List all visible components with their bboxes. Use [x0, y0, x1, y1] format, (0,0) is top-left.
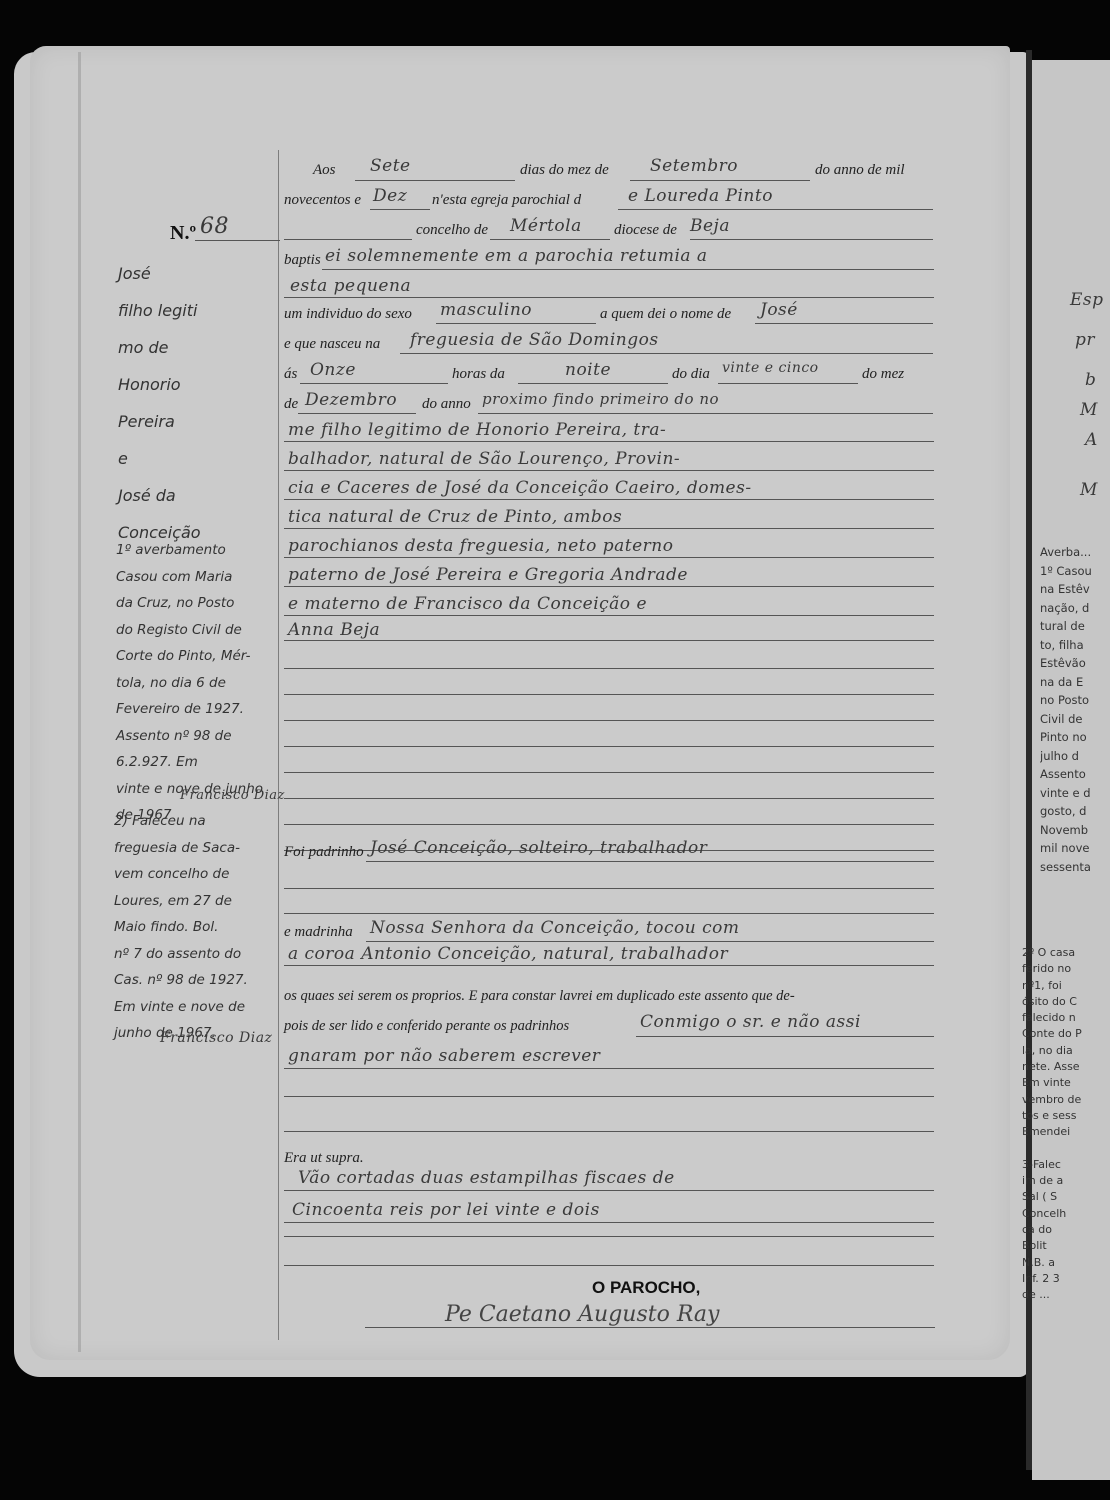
margin-signature-2: Francisco Diaz [160, 1030, 272, 1046]
form-text: do mez [862, 366, 904, 383]
rule-line [366, 941, 934, 942]
rule-line [400, 353, 933, 354]
godmother-line: Nossa Senhora da Conceição, tocou com [370, 918, 739, 938]
rule-line [284, 798, 934, 799]
margin-signature-1: Francisco Diaz [180, 788, 285, 803]
form-text: diocese de [614, 222, 677, 239]
form-text: Aos [313, 162, 336, 179]
right-fragment-word: pr [1075, 330, 1095, 350]
baptism-day: Sete [370, 156, 411, 176]
rule-line [284, 668, 934, 669]
rule-line [630, 180, 810, 181]
rule-line [284, 746, 934, 747]
parish-name: e Loureda Pinto [628, 186, 773, 206]
rule-line [284, 720, 934, 721]
right-fragment-word: Esp [1070, 290, 1104, 310]
birth-period: noite [565, 360, 611, 380]
parocho-signature: Pe Caetano Augusto Ray [445, 1302, 719, 1327]
right-fragment-word: M [1080, 480, 1098, 500]
form-text: um individuo do sexo [284, 306, 412, 323]
era-note: Vão cortadas duas estampilhas fiscaes de [298, 1168, 675, 1188]
rule-line [436, 323, 596, 324]
rule-line [284, 913, 934, 914]
narrative-line: parochianos desta freguesia, neto patern… [288, 536, 673, 556]
form-text: do dia [672, 366, 710, 383]
rule-line [298, 413, 416, 414]
form-text: ás [284, 366, 297, 383]
rule-line [478, 413, 933, 414]
parocho-label: O PAROCHO, [592, 1278, 700, 1298]
birth-year: proximo findo primeiro do no [482, 390, 719, 408]
form-text: concelho de [416, 222, 488, 239]
rule-line [284, 441, 934, 442]
form-text: horas da [452, 366, 505, 383]
rule-line [284, 1190, 934, 1191]
birth-hour: Onze [310, 360, 356, 380]
rule-line [366, 861, 934, 862]
narrative-line: cia e Caceres de José da Conceição Caeir… [288, 478, 752, 498]
rule-line [284, 640, 934, 641]
era-label: Era ut supra. [284, 1150, 364, 1167]
baptism-year: Dez [373, 186, 407, 206]
baptism-text: esta pequena [290, 276, 411, 296]
rule-line [284, 615, 934, 616]
rule-line [284, 1222, 934, 1223]
margin-child-note: José filho legiti mo de Honorio Pereira … [118, 255, 201, 551]
form-text: do anno [422, 396, 471, 413]
godfather-label: Foi padrinho [284, 844, 364, 861]
rule-line [284, 1068, 934, 1069]
margin-annotation-1: 1º averbamento Casou com Maria da Cruz, … [116, 537, 263, 829]
rule-line [370, 209, 430, 210]
record-number-line [195, 240, 280, 241]
rule-line [284, 586, 934, 587]
closing-hand: gnaram por não saberem escrever [288, 1046, 600, 1066]
rule-line [718, 383, 858, 384]
rule-line [284, 1096, 934, 1097]
closing-text: os quaes sei serem os proprios. E para c… [284, 988, 795, 1005]
child-name: José [760, 300, 798, 320]
birth-day: vinte e cinco [722, 360, 819, 376]
godmother-label: e madrinha [284, 924, 353, 941]
rule-line [284, 1265, 934, 1266]
form-text: a quem dei o nome de [600, 306, 731, 323]
birthplace: freguesia de São Domingos [410, 330, 659, 350]
right-fragment-notes-2: 2º O casa ferido no nº1, foi ósito do C … [1022, 945, 1110, 1304]
rule-line [322, 269, 934, 270]
baptism-text: ei solemnemente em a parochia retumia a [325, 246, 708, 266]
rule-line [284, 1236, 934, 1237]
rule-line [755, 323, 933, 324]
baptism-month: Setembro [650, 156, 738, 176]
right-fragment-notes: Averba... 1º Casou na Estêv nação, d tur… [1040, 543, 1110, 876]
rule-line [284, 528, 934, 529]
birth-month: Dezembro [305, 390, 397, 410]
godfather-name: José Conceição, solteiro, trabalhador [370, 838, 707, 858]
margin-annotation-2: 2) Faleceu na freguesia de Saca- vem con… [114, 808, 248, 1047]
child-sex: masculino [440, 300, 532, 320]
narrative-line: paterno de José Pereira e Gregoria Andra… [288, 565, 688, 585]
rule-line [490, 239, 610, 240]
rule-line [284, 1131, 934, 1132]
record-number-label: N.º [170, 222, 196, 245]
rule-line [284, 888, 934, 889]
closing-text: pois de ser lido e conferido perante os … [284, 1018, 569, 1035]
narrative-line: balhador, natural de São Lourenço, Provi… [288, 449, 680, 469]
margin-rule [278, 150, 279, 1340]
page-fold-line [78, 52, 81, 1352]
form-text: e que nasceu na [284, 336, 380, 353]
form-text: dias do mez de [520, 162, 609, 179]
right-fragment-word: A [1085, 430, 1098, 450]
rule-line [284, 694, 934, 695]
form-text: novecentos e [284, 192, 361, 209]
godmother-line: a coroa Antonio Conceição, natural, trab… [288, 944, 728, 964]
form-text: baptis [284, 252, 321, 269]
rule-line [284, 772, 934, 773]
record-number: 68 [200, 214, 229, 239]
rule-line [284, 470, 934, 471]
narrative-line: e materno de Francisco da Conceição e [288, 594, 647, 614]
rule-line [284, 297, 934, 298]
narrative-line: Anna Beja [288, 620, 380, 640]
narrative-line: tica natural de Cruz de Pinto, ambos [288, 507, 622, 527]
concelho-name: Mértola [510, 216, 582, 236]
right-fragment-word: M [1080, 400, 1098, 420]
rule-line [284, 824, 934, 825]
form-text: de [284, 396, 298, 413]
right-fragment-word: b [1085, 370, 1096, 390]
closing-hand: Conmigo o sr. e não assi [640, 1012, 861, 1032]
rule-line [300, 383, 448, 384]
rule-line [518, 383, 668, 384]
rule-line [284, 557, 934, 558]
rule-line [284, 239, 412, 240]
diocese-name: Beja [690, 216, 730, 236]
narrative-line: me filho legitimo de Honorio Pereira, tr… [288, 420, 666, 440]
form-text: n'esta egreja parochial d [432, 192, 581, 209]
form-text: do anno de mil [815, 162, 905, 179]
rule-line [284, 499, 934, 500]
rule-line [636, 1036, 934, 1037]
rule-line [690, 239, 933, 240]
rule-line [618, 209, 933, 210]
rule-line [284, 965, 934, 966]
rule-line [365, 1327, 935, 1328]
era-note: Cincoenta reis por lei vinte e dois [292, 1200, 600, 1220]
rule-line [355, 180, 515, 181]
